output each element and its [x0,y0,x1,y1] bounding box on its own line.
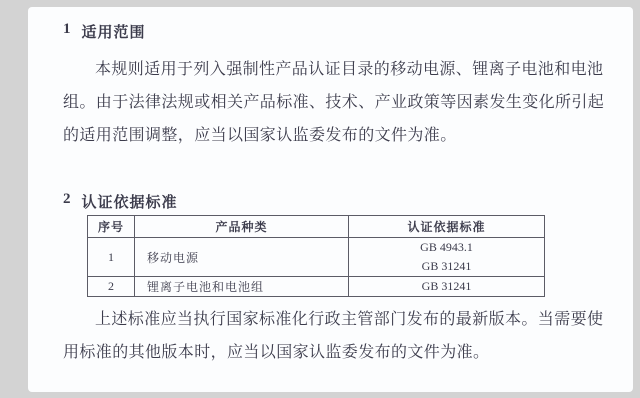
cell-product-type: 移动电源 [135,238,349,277]
cell-product-type: 锂离子电池和电池组 [135,277,349,297]
section2-number: 2 [63,191,72,212]
cell-standards: GB 31241 [349,277,545,297]
section1-heading: 1 适用范围 [63,21,146,42]
header-certification-standard: 认证依据标准 [349,216,545,238]
cell-standards: GB 4943.1 GB 31241 [349,238,545,277]
section2-title: 认证依据标准 [82,191,178,212]
header-serial-number: 序号 [88,216,135,238]
standard-code: GB 4943.1 [349,238,544,257]
table-header-row: 序号 产品种类 认证依据标准 [88,216,545,238]
screenshot-root: { "page": { "background_color": "#d3d3d3… [0,0,640,398]
standard-code: GB 31241 [349,277,544,296]
table-row: 2 锂离子电池和电池组 GB 31241 [88,277,545,297]
section1-paragraph: 本规则适用于列入强制性产品认证目录的移动电源、锂离子电池和电池 组。由于法律法规… [63,53,589,152]
document-page: 1 适用范围 本规则适用于列入强制性产品认证目录的移动电源、锂离子电池和电池 组… [28,7,633,392]
header-product-type: 产品种类 [135,216,349,238]
paragraph-line: 用标准的其他版本时，应当以国家认监委发布的文件为准。 [63,336,589,369]
paragraph-line: 组。由于法律法规或相关产品标准、技术、产业政策等因素发生变化所引起 [63,86,589,119]
cell-serial-number: 2 [88,277,135,297]
certification-standards-table: 序号 产品种类 认证依据标准 1 移动电源 GB 4943.1 GB 31241… [87,215,545,297]
paragraph-line: 上述标准应当执行国家标准化行政主管部门发布的最新版本。当需要使 [63,303,589,336]
section2-heading: 2 认证依据标准 [63,191,178,212]
paragraph-line: 本规则适用于列入强制性产品认证目录的移动电源、锂离子电池和电池 [63,53,589,86]
section1-number: 1 [63,21,72,42]
table-row: 1 移动电源 GB 4943.1 GB 31241 [88,238,545,277]
section1-title: 适用范围 [82,21,146,42]
cell-serial-number: 1 [88,238,135,277]
standard-code: GB 31241 [349,257,544,276]
section2-paragraph: 上述标准应当执行国家标准化行政主管部门发布的最新版本。当需要使 用标准的其他版本… [63,303,589,369]
paragraph-line: 的适用范围调整，应当以国家认监委发布的文件为准。 [63,119,589,152]
